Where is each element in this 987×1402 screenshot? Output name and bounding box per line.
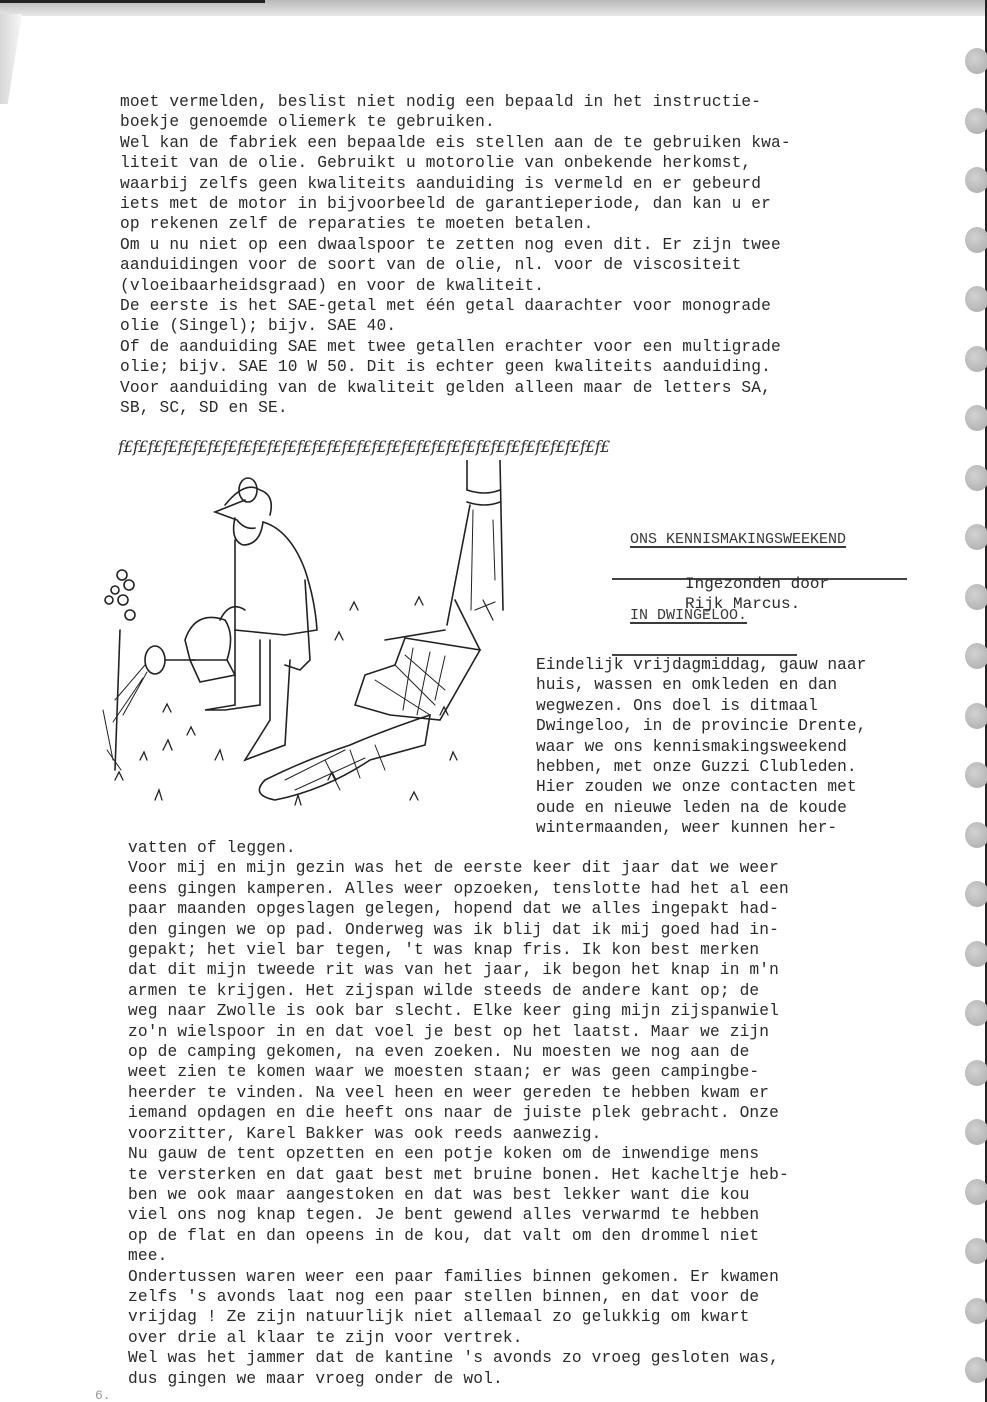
text-line: liteit van de olie. Gebruikt u motorolie… [120,153,950,173]
binder-hole [965,465,987,491]
text-line: Ondertussen waren weer een paar families… [128,1267,958,1287]
text-line: iemand opdagen en die heeft ons naar de … [128,1103,958,1123]
binder-hole [965,1119,987,1145]
binder-hole [965,881,987,907]
binder-hole [965,227,987,253]
text-line: boekje genoemde oliemerk te gebruiken. [120,112,950,132]
byline-label: Ingezonden door [685,575,829,593]
text-line: Of de aanduiding SAE met twee getallen e… [120,337,950,357]
binder-hole [965,1060,987,1086]
article-byline: Ingezonden door Rijk Marcus. [685,574,829,615]
text-line: Dwingeloo, in de provincie Drente, [536,716,956,736]
text-line: den gingen we op pad. Onderweg was ik bl… [128,920,958,940]
text-line: vatten of leggen. [128,838,958,858]
text-line: zelfs 's avonds laat nog een paar stelle… [128,1287,958,1307]
text-line: voorzitter, Karel Bakker was ook reeds a… [128,1124,958,1144]
text-line: vrijdag ! Ze zijn natuurlijk niet allema… [128,1307,958,1327]
text-line: op de flat en dan opeens in de kou, dat … [128,1226,958,1246]
text-line: gepakt; het viel bar tegen, 't was knap … [128,940,958,960]
text-line: wegwezen. Ons doel is ditmaal [536,696,956,716]
binder-hole [965,524,987,550]
text-line: hebben, met onze Guzzi Clubleden. [536,757,956,777]
binder-hole [965,584,987,610]
cartoon-illustration [95,460,545,830]
text-line: te versterken en dat gaat best met bruin… [128,1165,958,1185]
text-line: weet zien te komen waar we moesten staan… [128,1062,958,1082]
text-line: eens gingen kamperen. Alles weer opzoeke… [128,879,958,899]
text-line: Om u nu niet op een dwaalspoor te zetten… [120,235,950,255]
text-line: weg naar Zwolle is ook bar slecht. Elke … [128,1001,958,1021]
binder-hole [965,941,987,967]
binder-hole [965,108,987,134]
article-body: vatten of leggen.Voor mij en mijn gezin … [128,838,958,1389]
text-line: wintermaanden, weer kunnen her- [536,818,956,838]
binder-hole [965,405,987,431]
binder-hole [965,286,987,312]
article-intro-column: Eindelijk vrijdagmiddag, gauw naarhuis, … [536,655,956,839]
binder-hole [965,643,987,669]
text-line: olie (Singel); bijv. SAE 40. [120,316,950,336]
page-fold [0,14,22,104]
binder-hole [965,1298,987,1324]
text-line: over drie al klaar te zijn voor vertrek. [128,1328,958,1348]
text-line: Voor aanduiding van de kwaliteit gelden … [120,378,950,398]
text-line: Voor mij en mijn gezin was het de eerste… [128,858,958,878]
text-line: paar maanden opgeslagen gelegen, hopend … [128,899,958,919]
text-line: De eerste is het SAE-getal met één getal… [120,296,950,316]
text-line: op de camping gekomen, na even zoeken. N… [128,1042,958,1062]
text-line: op rekenen zelf de reparaties te moeten … [120,214,950,234]
text-line: olie; bijv. SAE 10 W 50. Dit is echter g… [120,357,950,377]
binder-hole [965,1179,987,1205]
text-line: Nu gauw de tent opzetten en een potje ko… [128,1144,958,1164]
binder-hole [965,703,987,729]
text-line: (vloeibaarheidsgraad) en voor de kwalite… [120,276,950,296]
text-line: armen te krijgen. Het zijspan wilde stee… [128,981,958,1001]
binder-hole [965,822,987,848]
text-line: SB, SC, SD en SE. [120,398,950,418]
text-line: dat dit mijn tweede rit was van het jaar… [128,960,958,980]
byline-author: Rijk Marcus. [685,595,800,613]
text-line: aanduidingen voor de soort van de olie, … [120,255,950,275]
text-line: heerder te vinden. Na veel heen en weer … [128,1083,958,1103]
text-line: mee. [128,1246,958,1266]
article-title-line1: ONS KENNISMAKINGSWEEKEND [630,528,846,552]
binder-hole [965,48,987,74]
text-line: oude en nieuwe leden na de koude [536,798,956,818]
text-line: waar we ons kennismakingsweekend [536,737,956,757]
text-line: dus gingen we maar vroeg onder de wol. [128,1369,958,1389]
article-continuation: moet vermelden, beslist niet nodig een b… [120,92,950,419]
text-line: Hier zouden we onze contacten met [536,777,956,797]
binder-hole [965,346,987,372]
binder-hole [965,762,987,788]
text-line: huis, wassen en omkleden en dan [536,675,956,695]
page-number: 6. [95,1388,111,1402]
text-line: Eindelijk vrijdagmiddag, gauw naar [536,655,956,675]
text-line: Wel kan de fabriek een bepaalde eis stel… [120,133,950,153]
text-line: moet vermelden, beslist niet nodig een b… [120,92,950,112]
binder-hole [965,167,987,193]
scan-top-edge [0,0,265,3]
text-line: viel ons nog knap tegen. Je bent gewend … [128,1205,958,1225]
section-divider: f£f£f£f£f£f£f£f£f£f£f£f£f£f£f£f£f£f£f£f£… [118,437,948,456]
text-line: zo'n wielspoor in en dat voel je best op… [128,1022,958,1042]
binder-hole [965,1000,987,1026]
binder-hole [965,1357,987,1383]
text-line: Wel was het jammer dat de kantine 's avo… [128,1348,958,1368]
text-line: iets met de motor in bijvoorbeeld de gar… [120,194,950,214]
binder-hole [965,1238,987,1264]
text-line: waarbij zelfs geen kwaliteits aanduiding… [120,174,950,194]
text-line: ben we ook maar aangestoken en dat was b… [128,1185,958,1205]
